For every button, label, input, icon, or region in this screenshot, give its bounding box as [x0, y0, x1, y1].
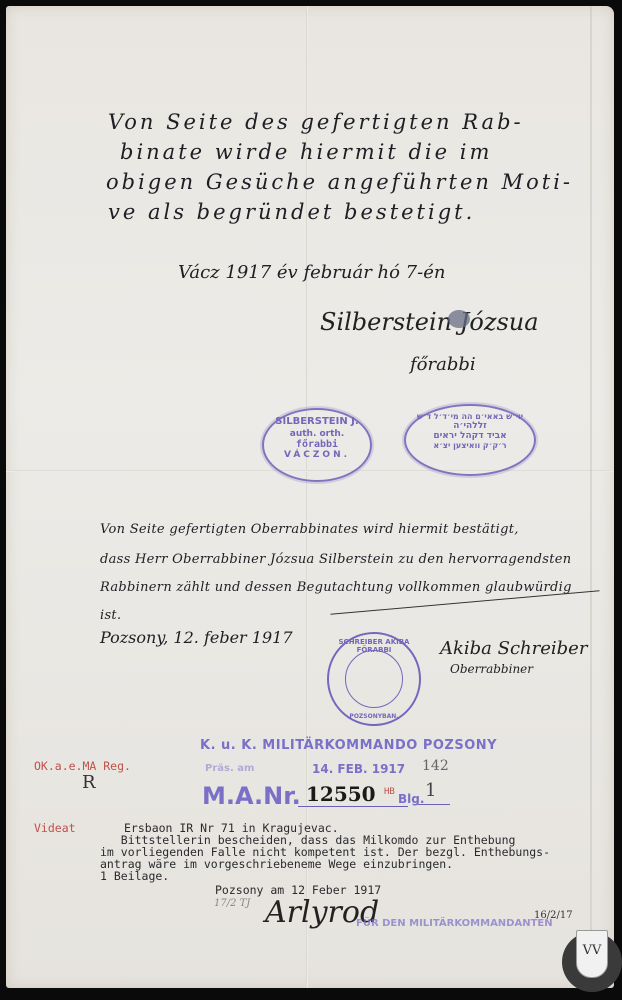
videat-label: Videat	[34, 822, 76, 834]
rabbinate-text-line4: ve als begründet bestetigt.	[108, 200, 475, 224]
fold-line-right	[590, 6, 592, 988]
blg-value: 1	[425, 780, 436, 801]
stamp-hebrew-line3: ר׳ק׳ק וואיצען יצ׳א	[406, 441, 534, 450]
ma-underline	[298, 806, 408, 807]
stamp-silberstein-middle: auth. orth.	[264, 429, 370, 439]
rabbinate-text-line3: obigen Gesüche angeführten Moti-	[106, 170, 573, 194]
stamp-hebrew: יוי׳ש באאי׳ם הה מי׳ד׳ל ד׳ש זללהי׳ה אביד …	[404, 404, 536, 476]
ink-blot	[448, 310, 470, 328]
stamp-hebrew-line1: זללהי׳ה	[406, 421, 534, 431]
pozsony-date: Pozsony, 12. feber 1917	[100, 628, 293, 647]
pozsony-title: Oberrabbiner	[450, 662, 533, 676]
military-stamp-title: K. u. K. MILITÄRKOMMANDO POZSONY	[200, 738, 497, 753]
blg-underline	[418, 804, 450, 805]
signature-date: 16/2/17	[534, 910, 573, 921]
stamp-hebrew-line2: אביד דקהל יראים	[406, 431, 534, 441]
pozsony-signature: Akiba Schreiber	[440, 638, 587, 659]
pozsony-text-line1: Von Seite gefertigten Oberrabbinates wir…	[100, 522, 519, 537]
stamp-schreiber-bottom: POZSONYBAN.	[329, 713, 419, 720]
stamp-hebrew-top: יוי׳ש באאי׳ם הה מי׳ד׳ל ד׳ש	[406, 412, 534, 421]
signature-stamp: FÜR DEN MILITÄRKOMMANDANTEN	[356, 918, 553, 929]
pozsony-text-line2: dass Herr Oberrabbiner Józsua Silberstei…	[100, 552, 571, 567]
stamp-silberstein-title: főrabbi	[264, 439, 370, 450]
military-stamp-received: Präs. am	[205, 763, 254, 774]
military-stamp-date: 14. FEB. 1917	[312, 762, 405, 776]
vac-signature: Silberstein Józsua	[320, 308, 539, 336]
archive-logo-shield: VV	[576, 930, 608, 978]
rabbinate-text-line1: Von Seite des gefertigten Rab-	[108, 110, 524, 134]
pozsony-text-line3: Rabbinern zählt und dessen Begutachtung …	[100, 580, 572, 595]
stamp-silberstein-bottom: VÁCZON.	[264, 450, 370, 460]
vac-title: főrabbi	[410, 354, 476, 375]
rabbinate-text-line2: binate wirde hiermit die im	[120, 140, 492, 164]
body-line5: 1 Beilage.	[100, 870, 169, 882]
stamp-schreiber-inner-ring	[345, 650, 403, 708]
ma-number: 12550	[306, 782, 376, 806]
stamp-silberstein: SILBERSTEIN J. auth. orth. főrabbi VÁCZO…	[262, 408, 372, 482]
handwritten-mark: R	[82, 772, 96, 793]
stamp-silberstein-top: SILBERSTEIN J.	[264, 416, 370, 427]
ma-label: M.A.Nr.	[202, 782, 301, 810]
hb-label: HB	[384, 786, 395, 798]
pencil-note: 17/2 TJ	[214, 898, 250, 909]
pozsony-text-line4: ist.	[100, 608, 121, 623]
stamp-schreiber: SCHREIBER AKIBA FŐRABBI POZSONYBAN.	[327, 632, 421, 726]
margin-note: 142	[422, 758, 449, 774]
vac-date: Vácz 1917 év február hó 7-én	[178, 262, 445, 283]
registry-label: OK.a.e.MA Reg.	[34, 760, 131, 772]
